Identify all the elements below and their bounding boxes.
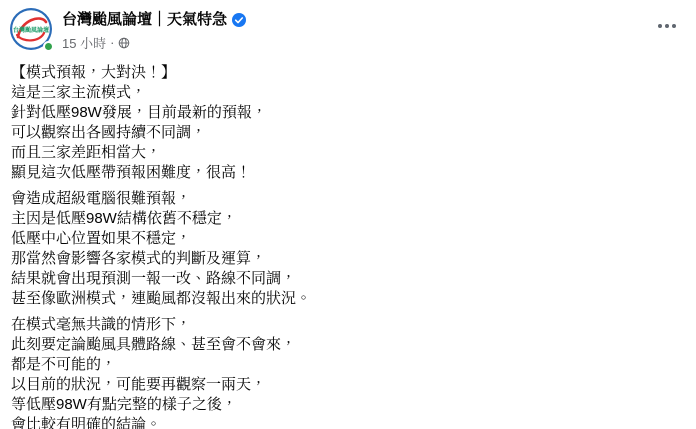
post-text-line: 會比較有明確的結論。 xyxy=(11,415,680,429)
page-logo-text: 台灣颱風論壇 xyxy=(13,26,49,34)
post-text-line: 而且三家差距相當大， xyxy=(11,143,680,163)
ellipsis-dot xyxy=(672,24,676,28)
globe-public-icon xyxy=(118,37,130,49)
post-text-line: 主因是低壓98W結構依舊不穩定， xyxy=(11,209,680,229)
header-text: 台灣颱風論壇｜天氣特急 15 小時 · xyxy=(62,8,246,52)
post-text-line: 都是不可能的， xyxy=(11,355,680,375)
page-name-row[interactable]: 台灣颱風論壇｜天氣特急 xyxy=(62,10,246,29)
ellipsis-dot xyxy=(665,24,669,28)
post-text-line: 【模式預報，大對決！】 xyxy=(11,63,680,83)
post-text-line: 以目前的狀況，可能要再觀察一兩天， xyxy=(11,375,680,395)
post-text-line: 低壓中心位置如果不穩定， xyxy=(11,229,680,249)
post-text-line: 結果就會出現預測一報一改、路線不同調， xyxy=(11,269,680,289)
ellipsis-dot xyxy=(658,24,662,28)
post-options-button[interactable] xyxy=(650,16,684,36)
post-meta-row[interactable]: 15 小時 · xyxy=(62,33,246,52)
post-paragraph: 【模式預報，大對決！】 這是三家主流模式， 針對低壓98W發展，目前最新的預報，… xyxy=(11,63,680,183)
post-text-line: 等低壓98W有點完整的樣子之後， xyxy=(11,395,680,415)
post-timestamp[interactable]: 15 小時 xyxy=(62,33,106,52)
post-text-line: 甚至像歐洲模式，連颱風都沒報出來的狀況。 xyxy=(11,289,680,309)
post-text-line: 可以觀察出各國持續不同調， xyxy=(11,123,680,143)
page-avatar[interactable]: 台灣颱風論壇 xyxy=(10,8,52,50)
meta-separator: · xyxy=(110,35,114,50)
post-text-line: 那當然會影響各家模式的判斷及運算， xyxy=(11,249,680,269)
post-text-line: 這是三家主流模式， xyxy=(11,83,680,103)
page-name[interactable]: 台灣颱風論壇｜天氣特急 xyxy=(62,10,227,29)
online-status-dot xyxy=(43,41,54,52)
post-text-line: 針對低壓98W發展，目前最新的預報， xyxy=(11,103,680,123)
verified-badge-icon xyxy=(232,13,246,27)
facebook-post-card: 台灣颱風論壇 台灣颱風論壇｜天氣特急 15 小時 · xyxy=(0,0,696,429)
post-body: 【模式預報，大對決！】 這是三家主流模式， 針對低壓98W發展，目前最新的預報，… xyxy=(0,52,696,429)
post-text-line: 在模式毫無共識的情形下， xyxy=(11,315,680,335)
post-text-line: 會造成超級電腦很難預報， xyxy=(11,189,680,209)
post-text-line: 顯見這次低壓帶預報困難度，很高！ xyxy=(11,163,680,183)
post-header: 台灣颱風論壇 台灣颱風論壇｜天氣特急 15 小時 · xyxy=(0,0,696,52)
post-paragraph: 會造成超級電腦很難預報， 主因是低壓98W結構依舊不穩定， 低壓中心位置如果不穩… xyxy=(11,189,680,309)
post-text-line: 此刻要定論颱風具體路線、甚至會不會來， xyxy=(11,335,680,355)
post-paragraph: 在模式毫無共識的情形下， 此刻要定論颱風具體路線、甚至會不會來， 都是不可能的，… xyxy=(11,315,680,429)
